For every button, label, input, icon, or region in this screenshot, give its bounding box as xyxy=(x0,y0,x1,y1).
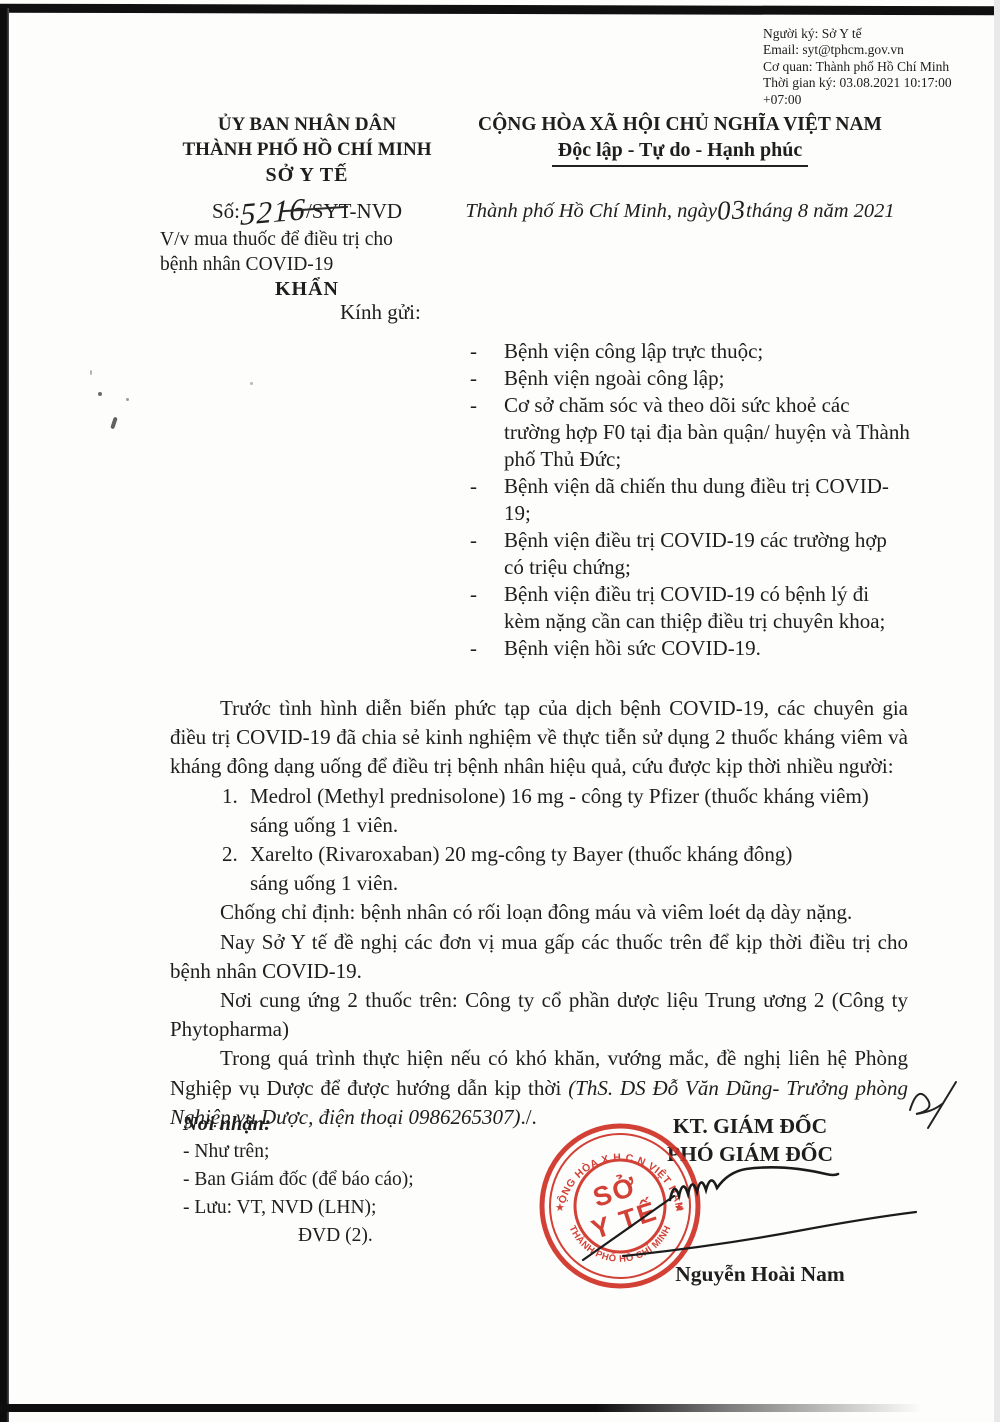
urgent-label: KHẨN xyxy=(152,278,462,301)
digital-sign-time: Thời gian ký: 03.08.2021 10:17:00 xyxy=(763,75,988,91)
scan-artifact xyxy=(126,398,129,401)
scan-artifact xyxy=(98,392,102,396)
noi-nhan-line: - Lưu: VT, NVD (LHN); xyxy=(183,1194,414,1222)
recipient-item: - Bệnh viện điều trị COVID-19 các trường… xyxy=(470,527,910,581)
recipient-item: - Bệnh viện điều trị COVID-19 có bệnh lý… xyxy=(470,581,910,635)
noi-nhan-line: ĐVD (2). xyxy=(183,1222,414,1250)
national-header: CỘNG HÒA XÃ HỘI CHỦ NGHĨA VIỆT NAM Độc l… xyxy=(455,112,905,224)
scan-edge-bottom xyxy=(0,1404,960,1412)
scanned-document-page: Người ký: Sở Y tế Email: syt@tphcm.gov.v… xyxy=(0,0,1000,1422)
digital-sign-tz: +07:00 xyxy=(763,92,988,108)
org-city: THÀNH PHỐ HỒ CHÍ MINH xyxy=(152,137,462,162)
org-parent: ỦY BAN NHÂN DÂN xyxy=(152,112,462,137)
recipient-item: - Bệnh viện công lập trực thuộc; xyxy=(470,338,910,365)
handwritten-initial xyxy=(898,1076,968,1132)
document-number-suffix: /SYT-NVD xyxy=(306,199,402,224)
scan-artifact xyxy=(110,417,118,430)
drug-item-1: 1. Medrol (Methyl prednisolone) 16 mg - … xyxy=(222,782,908,840)
date-day-handwritten: 03 xyxy=(716,194,747,226)
date-suffix: tháng 8 năm 2021 xyxy=(746,200,895,222)
noi-nhan-label: Nơi nhận: xyxy=(183,1110,414,1138)
scan-artifact xyxy=(250,382,253,385)
document-number-prefix: Số: xyxy=(212,199,240,224)
date-line: Thành phố Hồ Chí Minh, ngày03tháng 8 năm… xyxy=(455,193,905,224)
body-paragraph-intro: Trước tình hình diễn biến phức tạp của d… xyxy=(170,694,908,782)
body-paragraph-request: Nay Sở Y tế đề nghị các đơn vị mua gấp c… xyxy=(170,928,908,986)
recipient-item: - Bệnh viện dã chiến thu dung điều trị C… xyxy=(470,473,910,527)
document-subject: V/v mua thuốc để điều trị cho bệnh nhân … xyxy=(152,227,462,277)
org-department: SỞ Y TẾ xyxy=(152,162,462,188)
recipients-footer: Nơi nhận: - Như trên; - Ban Giám đốc (để… xyxy=(183,1110,414,1250)
body-paragraph-contraindication: Chống chỉ định: bệnh nhân có rối loạn đô… xyxy=(170,898,908,927)
national-motto-line1: CỘNG HÒA XÃ HỘI CHỦ NGHĨA VIỆT NAM xyxy=(455,112,905,137)
scan-artifact xyxy=(90,370,92,375)
noi-nhan-line: - Ban Giám đốc (để báo cáo); xyxy=(183,1166,414,1194)
scan-edge-left xyxy=(0,8,9,1422)
drug-item-2: 2. Xarelto (Rivaroxaban) 20 mg-công ty B… xyxy=(222,840,908,898)
recipient-item: - Cơ sở chăm sóc và theo dõi sức khoẻ cá… xyxy=(470,392,910,473)
issuing-org-header: ỦY BAN NHÂN DÂN THÀNH PHỐ HỒ CHÍ MINH SỞ… xyxy=(152,112,462,301)
document-number-handwritten: 5216 xyxy=(240,195,306,229)
handwritten-signature xyxy=(578,1138,938,1288)
digital-signer: Người ký: Sở Y tế xyxy=(763,26,988,42)
document-body: Trước tình hình diễn biến phức tạp của d… xyxy=(170,694,908,1132)
scan-edge-right xyxy=(994,0,1000,1422)
recipient-item: - Bệnh viện ngoài công lập; xyxy=(470,365,910,392)
noi-nhan-line: - Như trên; xyxy=(183,1138,414,1166)
digital-email: Email: syt@tphcm.gov.vn xyxy=(763,42,988,58)
scan-edge-top xyxy=(0,4,1000,16)
recipient-item: - Bệnh viện hồi sức COVID-19. xyxy=(470,635,910,662)
document-number: Số:5216/SYT-NVD xyxy=(152,190,462,224)
body-paragraph-supplier: Nơi cung ứng 2 thuốc trên: Công ty cổ ph… xyxy=(170,986,908,1044)
national-motto-line2: Độc lập - Tự do - Hạnh phúc xyxy=(552,139,808,167)
digital-agency: Cơ quan: Thành phố Hồ Chí Minh xyxy=(763,59,988,75)
salutation: Kính gửi: xyxy=(340,300,421,325)
date-prefix: Thành phố Hồ Chí Minh, ngày xyxy=(465,200,717,222)
digital-signature-note: Người ký: Sở Y tế Email: syt@tphcm.gov.v… xyxy=(763,26,988,108)
stamp-star-left: ★ xyxy=(555,1202,565,1214)
recipient-list: - Bệnh viện công lập trực thuộc; - Bệnh … xyxy=(470,338,910,662)
